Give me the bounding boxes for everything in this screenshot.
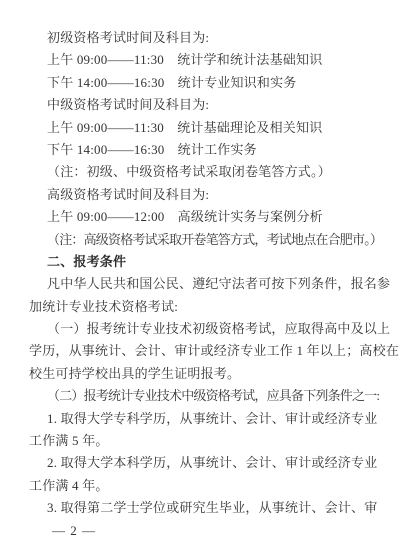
text-line: 中级资格考试时间及科目为: <box>29 94 394 116</box>
text-line: 工作满 5 年。 <box>29 430 394 452</box>
text-line: 下午 14:00——16:30 统计专业知识和实务 <box>29 72 394 94</box>
text-line: （一）报考统计专业技术初级资格考试，应取得高中及以上 <box>29 318 394 340</box>
text-line: 下午 14:00——16:30 统计工作实务 <box>29 139 394 161</box>
text-line: 校生可持学校出具的学生证明报考。 <box>29 363 394 385</box>
text-line: 学历，从事统计、会计、审计或经济专业工作 1 年以上；高校在 <box>29 340 394 362</box>
text-line: （注：初级、中级资格考试采取闭卷笔答方式。） <box>29 161 394 183</box>
section-heading: 二、报考条件 <box>29 251 394 273</box>
text-line: 初级资格考试时间及科目为: <box>29 27 394 49</box>
text-line: （二）报考统计专业技术中级资格考试，应具备下列条件之一: <box>29 385 394 407</box>
text-line: 上午 09:00——12:00 高级统计实务与案例分析 <box>29 206 394 228</box>
text-line: 加统计专业技术资格考试: <box>29 296 394 318</box>
text-line: 上午 09:00——11:30 统计基础理论及相关知识 <box>29 117 394 139</box>
text-line: 1. 取得大学专科学历，从事统计、会计、审计或经济专业 <box>29 408 394 430</box>
text-line: 工作满 4 年。 <box>29 475 394 497</box>
document-page: 初级资格考试时间及科目为:上午 09:00——11:30 统计学和统计法基础知识… <box>0 0 420 560</box>
document-lines: 初级资格考试时间及科目为:上午 09:00——11:30 统计学和统计法基础知识… <box>29 27 394 520</box>
text-line: （注：高级资格考试采取开卷笔答方式，考试地点在合肥市。） <box>29 229 394 251</box>
text-line: 2. 取得大学本科学历，从事统计、会计、审计或经济专业 <box>29 452 394 474</box>
document-body: 初级资格考试时间及科目为:上午 09:00——11:30 统计学和统计法基础知识… <box>29 27 394 542</box>
page-number: — 2 — <box>29 520 394 542</box>
text-line: 上午 09:00——11:30 统计学和统计法基础知识 <box>29 49 394 71</box>
text-line: 3. 取得第二学士学位或研究生毕业，从事统计、会计、审 <box>29 497 394 519</box>
text-line: 高级资格考试时间及科目为: <box>29 184 394 206</box>
text-line: 凡中华人民共和国公民、遵纪守法者可按下列条件，报名参 <box>29 273 394 295</box>
